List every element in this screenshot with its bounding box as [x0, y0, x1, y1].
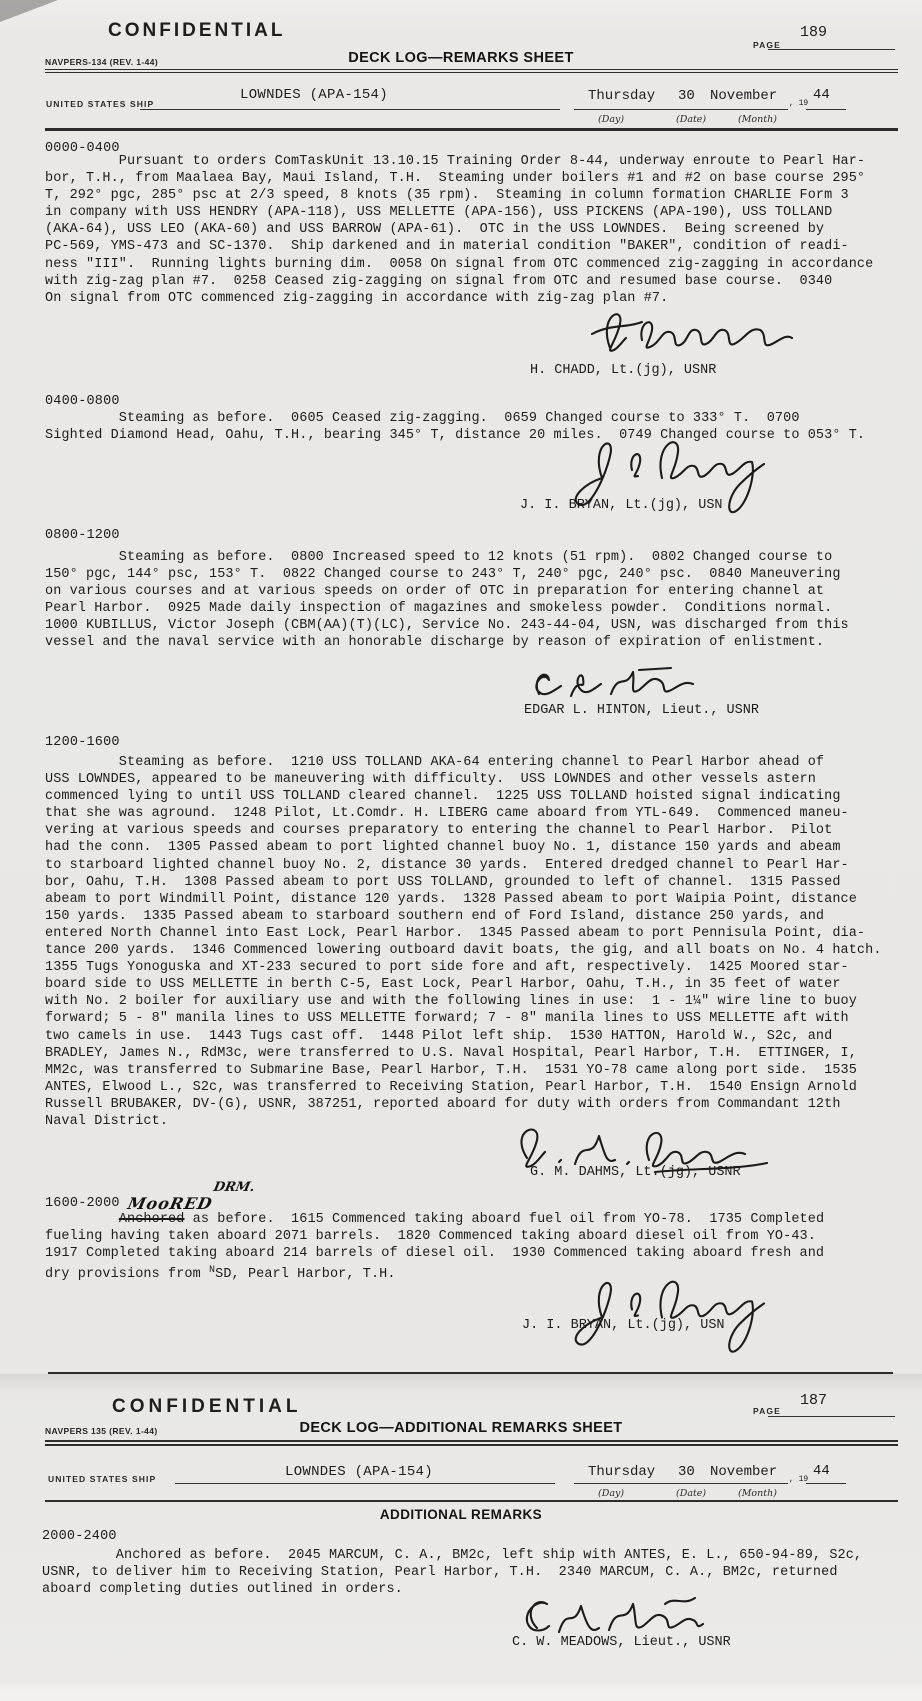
- log-date-2: 30: [678, 1464, 695, 1480]
- page-label-2: PAGE: [753, 1406, 781, 1416]
- signature-name-hinton: EDGAR L. HINTON, Lieut., USNR: [524, 703, 759, 718]
- month-caption-2: (Month): [738, 1488, 777, 1499]
- ship-name-2: LOWNDES (APA-154): [285, 1464, 433, 1480]
- signature-script-hinton: [523, 662, 703, 704]
- date-caption-2: (Date): [676, 1488, 706, 1499]
- watch-remarks-2000-2400: Anchored as before. 2045 MARCUM, C. A., …: [42, 1547, 862, 1598]
- log-year: 44: [813, 87, 830, 103]
- scan-bottom-band: [0, 1682, 922, 1701]
- handwritten-initials: DRM.: [212, 1180, 256, 1195]
- month-caption: (Month): [738, 114, 777, 125]
- watch-heading-1200-1600: 1200-1600: [45, 735, 120, 750]
- additional-remarks-title: ADDITIONAL REMARKS: [0, 1507, 922, 1522]
- ship-label-2: UNITED STATES SHIP: [48, 1474, 156, 1484]
- ship-name: LOWNDES (APA-154): [240, 87, 388, 103]
- classification-stamp-2: CONFIDENTIAL: [112, 1396, 301, 1418]
- signature-script-chadd: [580, 300, 795, 362]
- header2-thick-rule: [45, 1500, 898, 1502]
- page-number-2: 187: [800, 1392, 827, 1409]
- header2-double-rule-top: [45, 1440, 898, 1442]
- page-number: 189: [800, 24, 827, 41]
- signature-script-bryan-2: [550, 1252, 765, 1372]
- year-underline-2: [806, 1483, 846, 1484]
- log-day: Thursday: [588, 88, 655, 104]
- page-edge-shadow: [0, 1374, 922, 1392]
- ship-label: UNITED STATES SHIP: [46, 99, 154, 109]
- header-double-rule-bottom: [45, 72, 898, 73]
- year-prefix: , 19: [789, 99, 808, 108]
- day-caption: (Day): [598, 114, 624, 125]
- remarks-indent: [45, 1212, 119, 1227]
- signature-name-meadows: C. W. MEADOWS, Lieut., USNR: [512, 1635, 731, 1650]
- date-underline: [574, 109, 788, 110]
- watch-remarks-0800-1200: Steaming as before. 0800 Increased speed…: [45, 549, 849, 652]
- date-caption: (Date): [676, 114, 706, 125]
- watch-heading-0800-1200: 0800-1200: [45, 528, 120, 543]
- deck-log-scan: CONFIDENTIAL PAGE 189 NAVPERS-134 (REV. …: [0, 0, 922, 1701]
- remarks-text-tail: SD, Pearl Harbor, T.H.: [215, 1267, 395, 1282]
- header-thick-rule: [45, 128, 898, 131]
- ship-name-underline: [140, 109, 560, 110]
- watch-remarks-1200-1600: Steaming as before. 1210 USS TOLLAND AKA…: [45, 754, 882, 1130]
- watch-heading-1600-2000: 1600-2000: [45, 1196, 120, 1211]
- watch-remarks-0000-0400: Pursuant to orders ComTaskUnit 13.10.15 …: [45, 153, 873, 307]
- log-year-2: 44: [813, 1463, 830, 1479]
- log-date: 30: [678, 88, 695, 104]
- signature-name-chadd: H. CHADD, Lt.(jg), USNR: [530, 363, 716, 378]
- watch-heading-2000-2400: 2000-2400: [42, 1529, 117, 1544]
- header-double-rule-top: [45, 69, 898, 70]
- struck-word-anchored: Anchored: [119, 1212, 185, 1227]
- year-underline: [806, 109, 846, 110]
- page-number-underline-2: [768, 1416, 895, 1417]
- signature-name-bryan-2: J. I. BRYAN, Lt.(jg), USN: [522, 1318, 725, 1333]
- scan-corner-artifact: [0, 0, 58, 22]
- date-underline-2: [574, 1483, 788, 1484]
- classification-stamp: CONFIDENTIAL: [108, 20, 285, 42]
- watch-heading-0400-0800: 0400-0800: [45, 394, 120, 409]
- header2-double-rule-bottom: [45, 1444, 898, 1446]
- day-caption-2: (Day): [598, 1488, 624, 1499]
- log-month-2: November: [710, 1464, 777, 1480]
- log-month: November: [710, 88, 777, 104]
- form-title: DECK LOG—REMARKS SHEET: [0, 50, 922, 66]
- log-day-2: Thursday: [588, 1464, 655, 1480]
- form-title-2: DECK LOG—ADDITIONAL REMARKS SHEET: [0, 1420, 922, 1436]
- signature-name-bryan-1: J. I. BRYAN, Lt.(jg), USN: [520, 498, 723, 513]
- signature-name-dahms: G. M. DAHMS, Lt.(jg), USNR: [530, 1165, 741, 1180]
- ship-name-underline-2: [175, 1483, 555, 1484]
